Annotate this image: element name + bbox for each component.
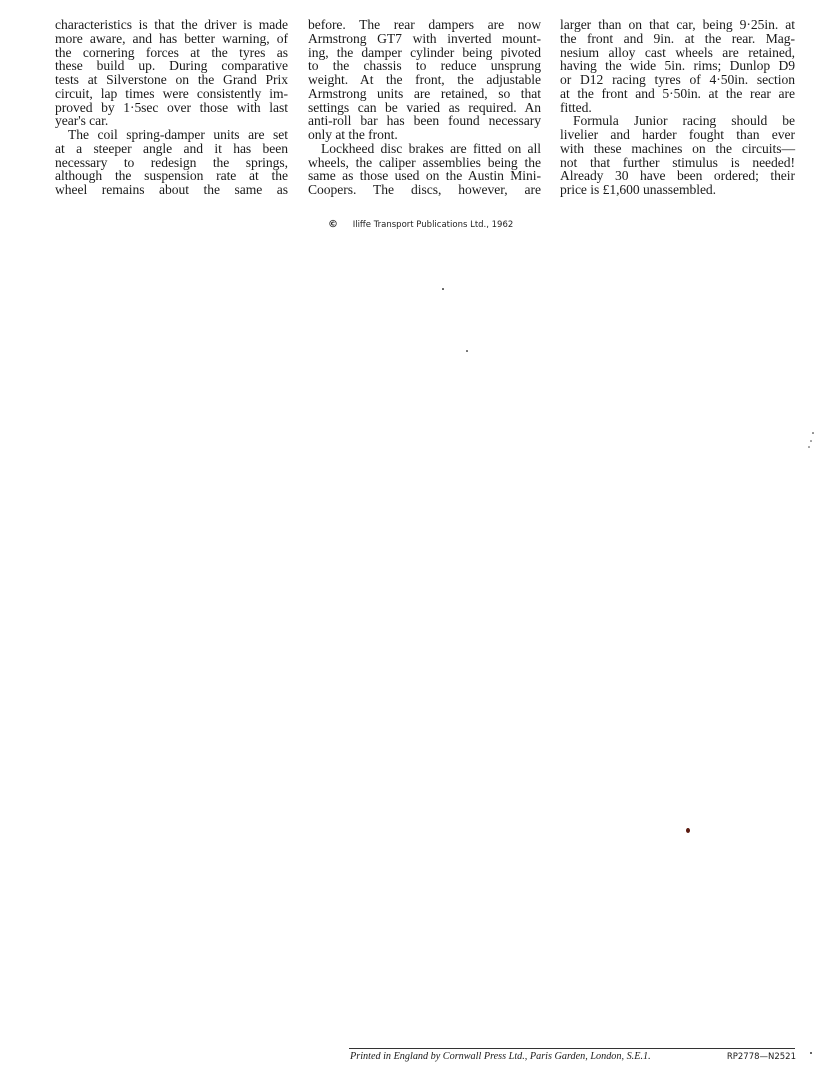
text-line: livelier and harder fought than ever	[560, 128, 795, 142]
dust-speck	[466, 350, 468, 352]
text-line: Lockheed disc brakes are fitted on all	[308, 142, 541, 156]
text-line: wheels, the caliper assemblies being the	[308, 156, 541, 170]
text-line: wheel remains about the same as	[55, 183, 288, 197]
text-line: The coil spring-damper units are set	[55, 128, 288, 142]
article-column-3: larger than on that car, being 9·25in. a…	[560, 18, 795, 197]
text-line: proved by 1·5sec over those with last	[55, 101, 288, 115]
text-line: the front and 9in. at the rear. Mag-	[560, 32, 795, 46]
text-line: Already 30 have been ordered; their	[560, 169, 795, 183]
text-line: before. The rear dampers are now	[308, 18, 541, 32]
printer-credit: Printed in England by Cornwall Press Ltd…	[350, 1051, 651, 1062]
text-line: circuit, lap times were consistently im-	[55, 87, 288, 101]
text-line: necessary to redesign the springs,	[55, 156, 288, 170]
text-line: with these machines on the circuits—	[560, 142, 795, 156]
text-line: only at the front.	[308, 128, 541, 142]
text-line: or D12 racing tyres of 4·50in. section	[560, 73, 795, 87]
text-line: settings can be varied as required. An	[308, 101, 541, 115]
paragraph: Lockheed disc brakes are fitted on all w…	[308, 142, 541, 197]
footer-divider	[349, 1048, 795, 1049]
text-line: tests at Silverstone on the Grand Prix	[55, 73, 288, 87]
text-line: fitted.	[560, 101, 795, 115]
paragraph: Formula Junior racing should be livelier…	[560, 114, 795, 197]
text-line: at a steeper angle and it has been	[55, 142, 288, 156]
text-line: Armstrong GT7 with inverted mount-	[308, 32, 541, 46]
text-line: Armstrong units are retained, so that	[308, 87, 541, 101]
text-line: larger than on that car, being 9·25in. a…	[560, 18, 795, 32]
copyright-text: Iliffe Transport Publications Ltd., 1962	[353, 220, 514, 230]
text-line: nesium alloy cast wheels are retained,	[560, 46, 795, 60]
paragraph: characteristics is that the driver is ma…	[55, 18, 288, 128]
text-line: year's car.	[55, 114, 288, 128]
copyright-notice: © Iliffe Transport Publications Ltd., 19…	[328, 219, 513, 230]
text-line: price is £1,600 unassembled.	[560, 183, 795, 197]
text-line: same as those used on the Austin Mini-	[308, 169, 541, 183]
article-column-1: characteristics is that the driver is ma…	[55, 18, 288, 197]
text-line: although the suspension rate at the	[55, 169, 288, 183]
text-line: ing, the damper cylinder being pivoted	[308, 46, 541, 60]
paragraph: before. The rear dampers are now Armstro…	[308, 18, 541, 142]
text-line: more aware, and has better warning, of	[55, 32, 288, 46]
print-reference-code: RP2778—N2521	[727, 1052, 796, 1062]
printer-footer: Printed in England by Cornwall Press Ltd…	[350, 1051, 796, 1062]
text-line: anti-roll bar has been found necessary	[308, 114, 541, 128]
text-line: these build up. During comparative	[55, 59, 288, 73]
text-line: not that further stimulus is needed!	[560, 156, 795, 170]
text-line: characteristics is that the driver is ma…	[55, 18, 288, 32]
text-line: at the front and 5·50in. at the rear are	[560, 87, 795, 101]
text-line: weight. At the front, the adjustable	[308, 73, 541, 87]
dust-speck	[812, 432, 814, 434]
dust-speck	[810, 1052, 812, 1054]
text-line: Coopers. The discs, however, are	[308, 183, 541, 197]
paragraph: The coil spring-damper units are set at …	[55, 128, 288, 197]
ink-speck	[686, 828, 690, 833]
dust-speck	[810, 440, 812, 442]
text-line: Formula Junior racing should be	[560, 114, 795, 128]
text-line: the cornering forces at the tyres as	[55, 46, 288, 60]
dust-speck	[808, 446, 810, 448]
dust-speck	[442, 288, 444, 290]
article-column-2: before. The rear dampers are now Armstro…	[308, 18, 541, 197]
copyright-icon: ©	[328, 219, 338, 230]
text-line: to the chassis to reduce unsprung	[308, 59, 541, 73]
text-line: having the wide 5in. rims; Dunlop D9	[560, 59, 795, 73]
paragraph: larger than on that car, being 9·25in. a…	[560, 18, 795, 114]
